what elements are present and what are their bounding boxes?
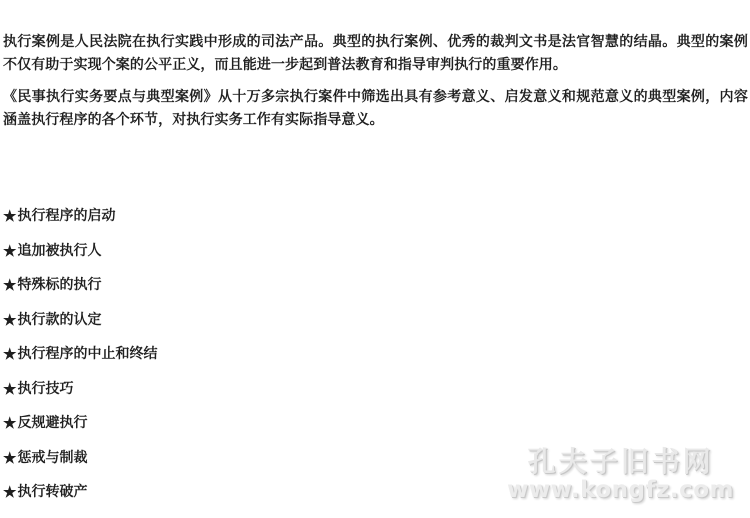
watermark-site-name: 孔夫子旧书网 [507,448,734,476]
star-icon: ★ [3,382,16,398]
list-item: ★特殊标的执行 [3,276,157,311]
feature-label: 执行程序的启动 [17,207,115,223]
feature-label: 反规避执行 [17,414,87,430]
description-paragraph-2: 《民事执行实务要点与典型案例》从十万多宗执行案件中筛选出具有参考意义、启发意义和… [3,85,748,131]
list-item: ★追加被执行人 [3,242,157,277]
feature-label: 执行款的认定 [17,311,101,327]
list-item: ★执行款的认定 [3,311,157,346]
watermark-site-url: www.kongfz.com [507,479,734,502]
list-item: ★执行技巧 [3,380,157,415]
star-icon: ★ [3,313,16,329]
list-item: ★执行转破产 [3,483,157,518]
star-icon: ★ [3,485,16,501]
kongfz-watermark: 孔夫子旧书网 www.kongfz.com [507,448,734,502]
feature-label: 特殊标的执行 [17,276,101,292]
feature-label: 惩戒与制裁 [17,449,87,465]
feature-label: 追加被执行人 [17,242,101,258]
feature-label: 执行转破产 [17,483,87,499]
feature-label: 执行程序的中止和终结 [17,345,157,361]
list-item: ★执行程序的中止和终结 [3,345,157,380]
list-item: ★执行程序的启动 [3,207,157,242]
star-icon: ★ [3,347,16,363]
feature-label: 执行技巧 [17,380,73,396]
star-icon: ★ [3,244,16,260]
book-description-page: 执行案例是人民法院在执行实践中形成的司法产品。典型的执行案例、优秀的裁判文书是法… [0,0,750,518]
list-item: ★反规避执行 [3,414,157,449]
star-icon: ★ [3,278,16,294]
description-paragraph-1: 执行案例是人民法院在执行实践中形成的司法产品。典型的执行案例、优秀的裁判文书是法… [3,30,748,76]
list-item: ★惩戒与制裁 [3,449,157,484]
star-icon: ★ [3,209,16,225]
feature-list: ★执行程序的启动 ★追加被执行人 ★特殊标的执行 ★执行款的认定 ★执行程序的中… [3,207,157,518]
star-icon: ★ [3,451,16,467]
star-icon: ★ [3,416,16,432]
